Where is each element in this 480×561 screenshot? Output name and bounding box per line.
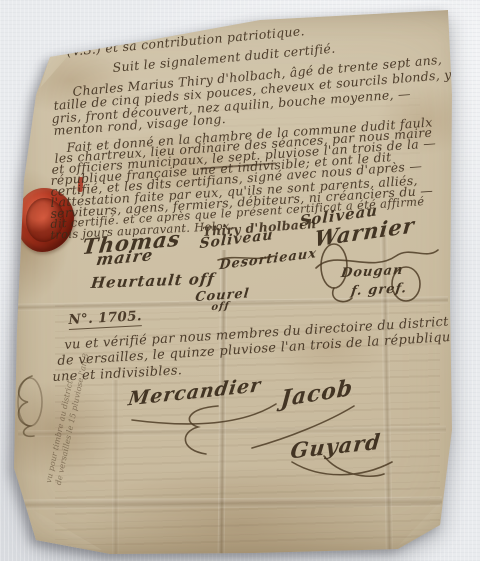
signature-thomas-title: maire [95,245,155,269]
signature-heurtault: Heurtault off [90,270,216,292]
margin-paraph [12,372,52,442]
photo: { "photo": { "background_color": "#e9ebe… [0,0,480,561]
bottom-left-fold [26,498,106,554]
signature-courel-title: off [211,301,230,313]
fold-crease-bottom-band [22,497,442,510]
guyard-flourish [288,452,398,484]
jacob-flourish [248,402,358,452]
dougan-paraph [318,240,428,310]
registration-number: N°. 1705. [68,308,142,330]
center-paraph [178,402,223,457]
bottom-right-dog-ear [392,500,444,552]
manuscript-paper: foncières et mobiliaire des années 1791,… [0,0,480,561]
paper-shadow: foncières et mobiliaire des années 1791,… [0,0,480,561]
fold-crease-vertical-left [112,380,119,555]
soliveau-underline [216,252,276,264]
